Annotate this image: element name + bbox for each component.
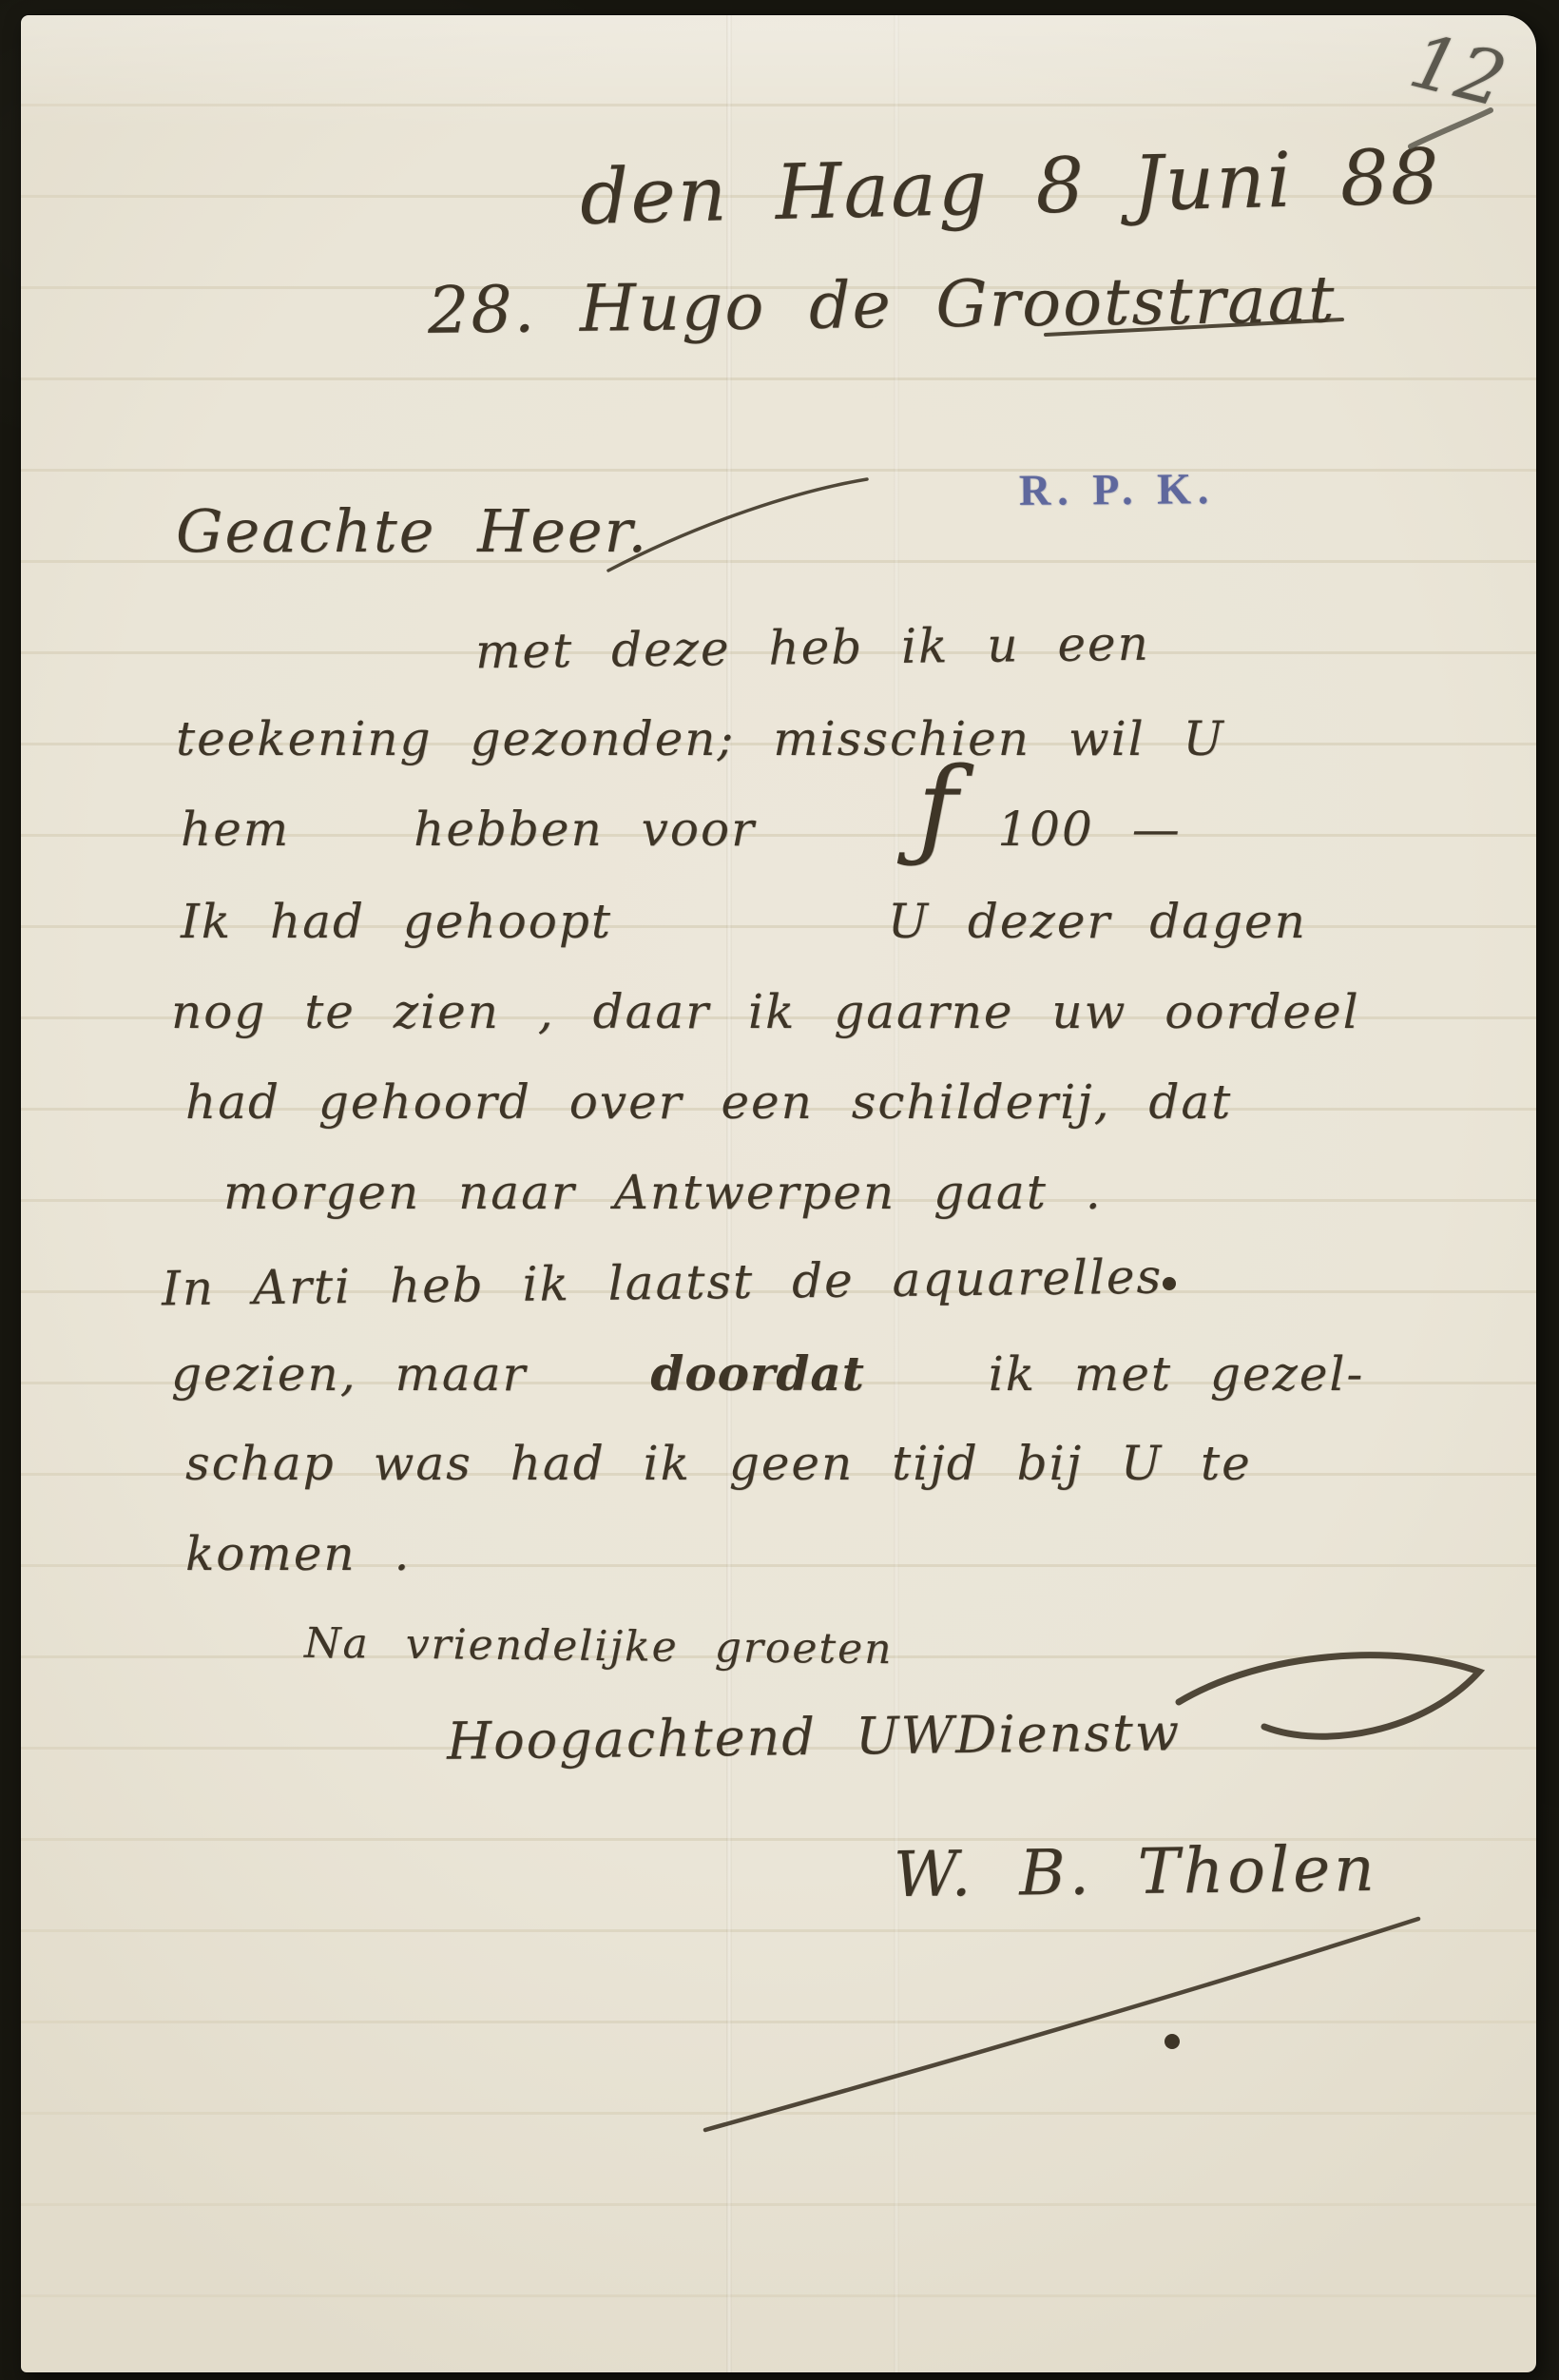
body-line: gezien, maar doordat ik met gezel- [171, 1345, 1364, 1402]
body-line-segment: U dezer dagen [888, 894, 1307, 949]
body-line: teekening gezonden; misschien wil U [176, 711, 1225, 766]
body-line: komen . [185, 1526, 411, 1581]
body-line-segment: hem [181, 802, 290, 857]
body-line: Ik had gehoopt U dezer dagen [181, 894, 1307, 949]
body-line: schap was had ik geen tijd bij U te [185, 1436, 1252, 1491]
valediction: Hoogachtend UWDienstw [447, 1702, 1182, 1770]
body-line: nog te zien , daar ik gaarne uw oordeel [171, 984, 1360, 1039]
body-line: morgen naar Antwerpen gaat . [223, 1165, 1103, 1220]
body-line: hem hebben voor ƒ 100 — [181, 802, 1182, 857]
body-line: met deze heb ik u een [475, 616, 1150, 680]
body-line-segment: hebben voor [414, 802, 756, 857]
body-line-segment: gezien, maar [171, 1346, 527, 1402]
rpk-collection-stamp: R. P. K. [1019, 463, 1216, 515]
body-line-segment: ik met gezel- [989, 1346, 1365, 1402]
signature: W. B. Tholen [894, 1832, 1379, 1911]
body-line-segment: Ik had gehoopt [181, 894, 612, 949]
address-line: 28. Hugo de Grootstraat [428, 262, 1337, 349]
body-line: had gehoord over een schilderij, dat [185, 1074, 1232, 1130]
closing-greeting: Na vriendelijke groeten [304, 1619, 894, 1674]
price-amount: ƒ 100 — [917, 802, 1182, 857]
salutation: Geachte Heer. [176, 496, 648, 566]
letter-scan: { "document": { "folio_number": "12", "s… [0, 0, 1559, 2380]
overwritten-word: doordat [650, 1345, 864, 1402]
